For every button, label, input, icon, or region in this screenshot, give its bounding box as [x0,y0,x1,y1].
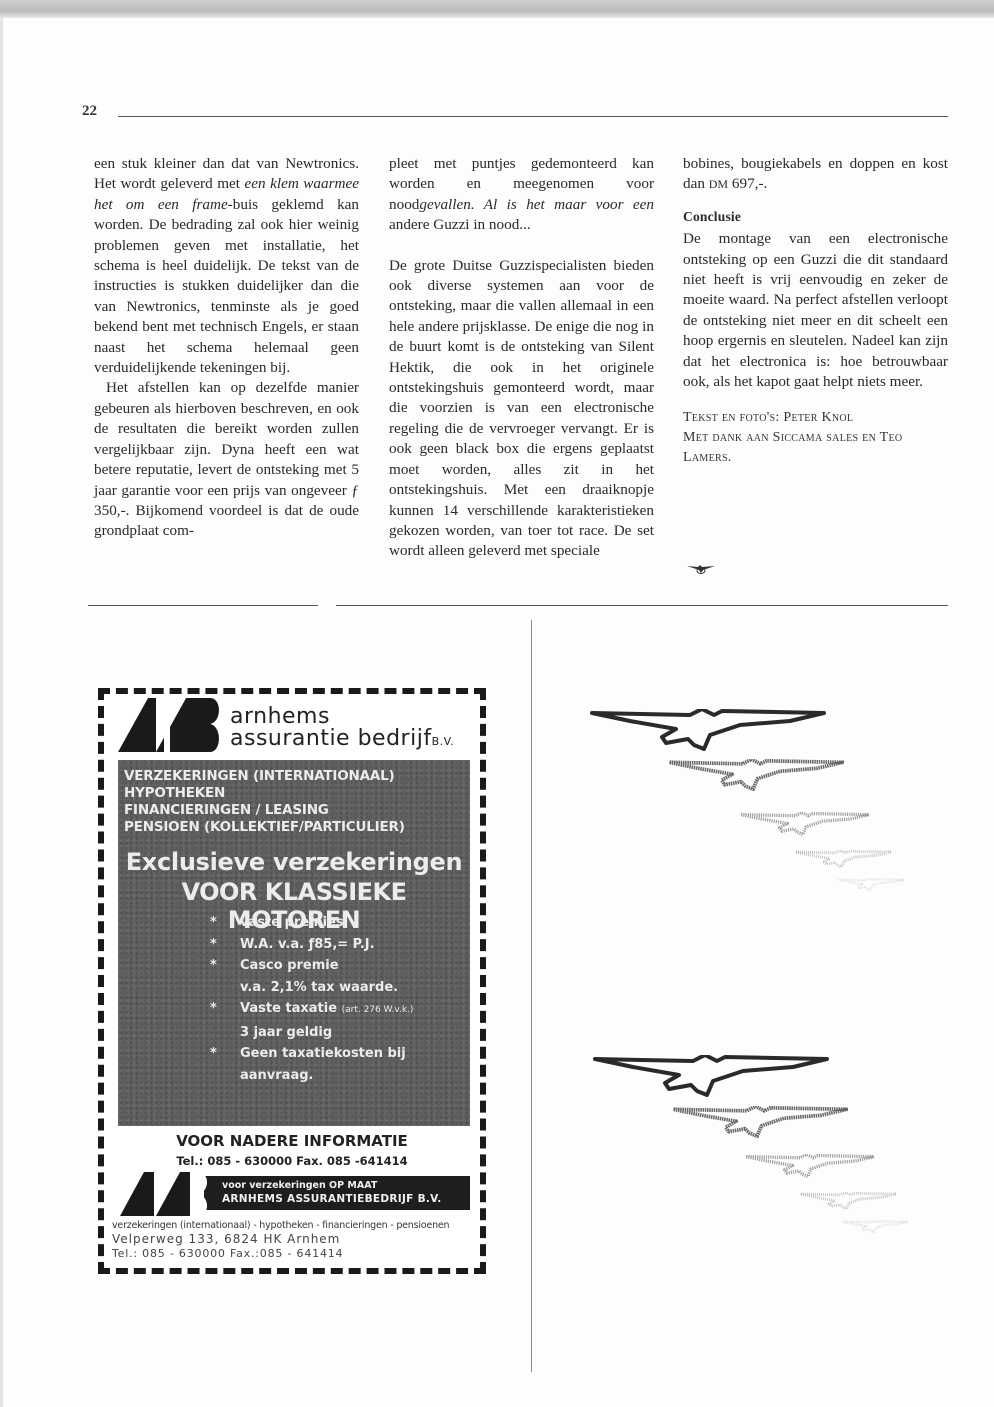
credits: Tekst en foto's: Peter Knol Met dank aan… [683,408,948,468]
article-column-1: een stuk kleiner dan dat van Newtronics.… [94,154,359,542]
eagle-emblem-icon [590,709,826,751]
ad-panel: VERZEKERINGEN (INTERNATIONAAL) HYPOTHEKE… [118,760,470,1126]
scan-left-edge [0,18,3,1407]
eagle-emblem-icon [842,1220,908,1233]
eagle-emblem-icon [593,1055,829,1097]
page-number: 22 [82,103,97,120]
ad-header: arnhems assurantie bedrijfB.V. [118,698,478,756]
brand-name-line-2: assurantie bedrijfB.V. [230,728,454,753]
section-divider [336,605,948,606]
bullet-item: *Casco premie [210,955,413,977]
eagle-emblem-icon [668,759,844,791]
service-item: FINANCIERINGEN / LEASING [124,802,405,819]
header-rule [118,116,948,117]
eagle-emblem-icon [745,1154,875,1178]
footer-company: ARNHEMS ASSURANTIEBEDRIJF B.V. [222,1193,442,1205]
footer-phone: Tel.: 085 - 630000 Fax.:085 - 641414 [112,1247,343,1260]
paragraph: een stuk kleiner dan dat van Newtronics.… [94,154,359,378]
info-title: VOOR NADERE INFORMATIE [104,1132,480,1150]
eagle-emblem-icon [795,850,891,868]
paragraph: pleet met puntjes gedemonteerd kan worde… [389,154,654,236]
article-column-3: bobines, bougiekabels en doppen en kost … [683,154,948,468]
bullet-item: *Vaste taxatie (art. 276 W.v.k.) [210,998,413,1022]
ad-footer-band: voor verzekeringen OP MAAT ARNHEMS ASSUR… [118,1172,470,1216]
advertisement: arnhems assurantie bedrijfB.V. VERZEKERI… [98,688,486,1274]
company-logo-small [118,1172,214,1216]
brand-name-line-1: arnhems [230,706,330,728]
footer-services: verzekeringen (internationaal) - hypothe… [112,1220,449,1231]
bullet-item: aanvraag. [210,1065,413,1087]
column-divider [531,620,532,1372]
bullet-item: 3 jaar geldig [210,1022,413,1044]
bullet-item: v.a. 2,1% tax waarde. [210,977,413,999]
service-item: HYPOTHEKEN [124,785,405,802]
service-item: VERZEKERINGEN (INTERNATIONAAL) [124,768,405,785]
section-divider [88,605,318,606]
services-list: VERZEKERINGEN (INTERNATIONAAL) HYPOTHEKE… [124,768,405,836]
info-phone: Tel.: 085 - 630000 Fax. 085 -641414 [104,1154,480,1168]
paragraph: Het afstellen kan op dezelfde manier geb… [94,378,359,541]
bullet-item: *Geen taxatiekosten bij [210,1043,413,1065]
credits-thanks: Met dank aan Siccama sales en Teo Lamers… [683,430,902,465]
footer-address: Velperweg 133, 6824 HK Arnhem [112,1232,340,1246]
article-column-2: pleet met puntjes gedemonteerd kan worde… [389,154,654,562]
eagle-emblem-icon [672,1106,848,1138]
bullet-item: *W.A. v.a. ƒ85,= P.J. [210,934,413,956]
eagle-emblem-icon [740,812,870,836]
eagle-icon [686,563,716,575]
ad-bullet-list: *vaste premies *W.A. v.a. ƒ85,= P.J. *Ca… [210,912,413,1086]
ad-headline: Exclusieve verzekeringen [118,848,470,876]
paragraph: De montage van een electronische ontstek… [683,229,948,392]
eagle-emblem-icon [838,878,904,891]
credits-author: Tekst en foto's: Peter Knol [683,410,853,425]
service-item: PENSIOEN (KOLLEKTIEF/PARTICULIER) [124,819,405,836]
section-heading: Conclusie [683,207,948,227]
paragraph: bobines, bougiekabels en doppen en kost … [683,154,948,195]
eagle-emblem-icon [800,1192,896,1210]
scan-top-edge [0,0,994,18]
company-logo [118,698,222,752]
footer-tagline: voor verzekeringen OP MAAT [222,1180,377,1191]
footer-bar: voor verzekeringen OP MAAT ARNHEMS ASSUR… [204,1176,470,1210]
bullet-item: *vaste premies [210,912,413,934]
paragraph: De grote Duitse Guzzispecialisten bieden… [389,256,654,562]
